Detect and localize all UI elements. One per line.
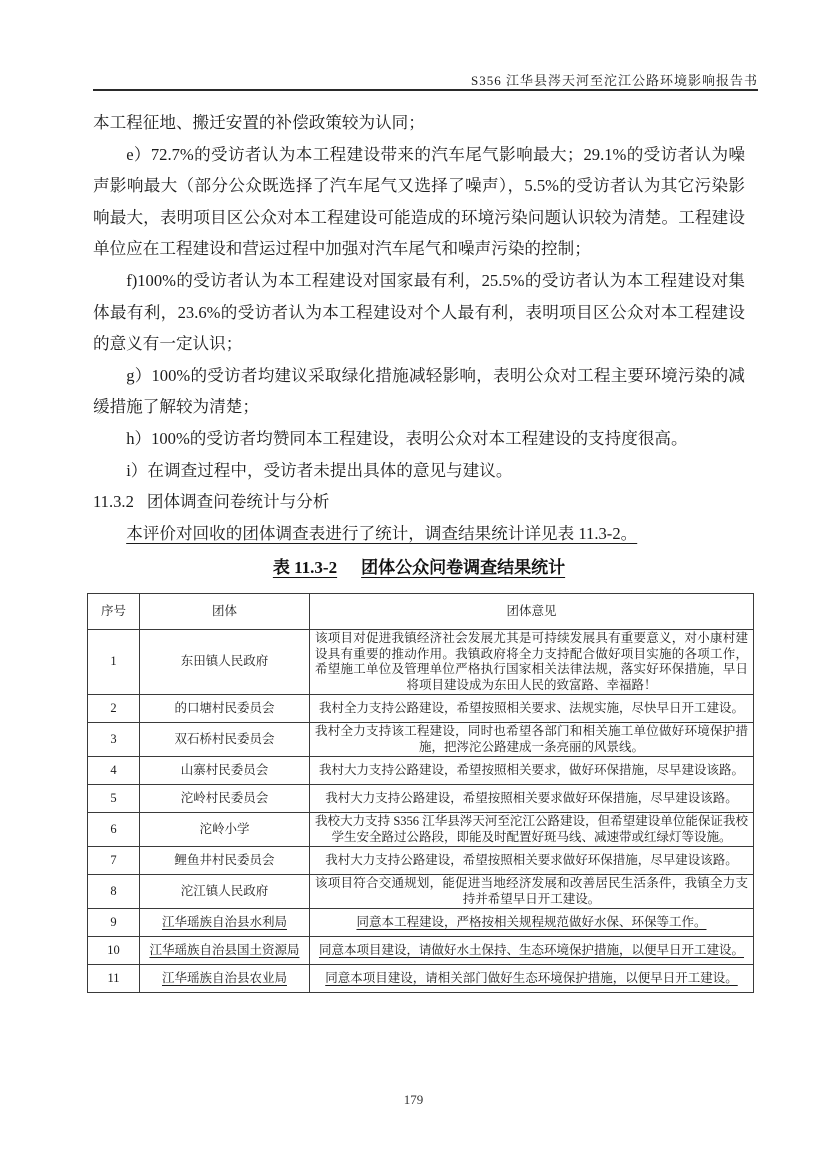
row-group: 双石桥村民委员会: [140, 723, 310, 757]
paragraph-g: g）100%的受访者均建议采取绿化措施减轻影响，表明公众对工程主要环境污染的减缓…: [93, 360, 745, 423]
row-no: 5: [88, 785, 140, 813]
running-header: S356 江华县涔天河至沱江公路环境影响报告书: [93, 70, 758, 89]
paragraph-i: i）在调查过程中，受访者未提出具体的意见与建议。: [93, 455, 745, 487]
row-opinion: 同意本工程建设，严格按相关规程规范做好水保、环保等工作。: [310, 909, 754, 937]
table-row: 9 江华瑶族自治县水利局 同意本工程建设，严格按相关规程规范做好水保、环保等工作…: [88, 909, 754, 937]
group-survey-table: 序号 团体 团体意见 1 东田镇人民政府 该项目对促进我镇经济社会发展尤其是可持…: [87, 593, 754, 993]
page-number: 179: [0, 1092, 827, 1108]
row-group: 鲤鱼井村民委员会: [140, 847, 310, 875]
row-no: 2: [88, 695, 140, 723]
table-row: 8 沱江镇人民政府 该项目符合交通规划，能促进当地经济发展和改善居民生活条件，我…: [88, 875, 754, 909]
row-group-text: 江华瑶族自治县农业局: [162, 971, 287, 985]
row-opinion: 同意本项目建设，请相关部门做好生态环境保护措施，以便早日开工建设。: [310, 965, 754, 993]
table-row: 5 沱岭村民委员会 我村大力支持公路建设，希望按照相关要求做好环保措施，尽早建设…: [88, 785, 754, 813]
table-row: 1 东田镇人民政府 该项目对促进我镇经济社会发展尤其是可持续发展具有重要意义，对…: [88, 630, 754, 695]
row-opinion: 我村大力支持公路建设，希望按照相关要求做好环保措施，尽早建设该路。: [310, 785, 754, 813]
row-opinion: 我村全力支持该工程建设，同时也希望各部门和相关施工单位做好环境保护措施，把涔沱公…: [310, 723, 754, 757]
row-no: 10: [88, 937, 140, 965]
row-group-text: 江华瑶族自治县国土资源局: [149, 943, 299, 957]
table-row: 11 江华瑶族自治县农业局 同意本项目建设，请相关部门做好生态环境保护措施，以便…: [88, 965, 754, 993]
row-no: 9: [88, 909, 140, 937]
column-header-opinion: 团体意见: [310, 594, 754, 630]
table-row: 6 沱岭小学 我校大力支持 S356 江华县涔天河至沱江公路建设，但希望建设单位…: [88, 813, 754, 847]
row-no: 1: [88, 630, 140, 695]
body-content: 本工程征地、搬迁安置的补偿政策较为认同； e）72.7%的受访者认为本工程建设带…: [93, 107, 745, 583]
table-row: 3 双石桥村民委员会 我村全力支持该工程建设，同时也希望各部门和相关施工单位做好…: [88, 723, 754, 757]
row-group: 东田镇人民政府: [140, 630, 310, 695]
row-group: 沱江镇人民政府: [140, 875, 310, 909]
row-opinion: 该项目对促进我镇经济社会发展尤其是可持续发展具有重要意义，对小康村建设具有重要的…: [310, 630, 754, 695]
section-title: 团体调查问卷统计与分析: [134, 492, 330, 511]
column-header-group: 团体: [140, 594, 310, 630]
row-group-text: 江华瑶族自治县水利局: [162, 915, 287, 929]
row-no: 8: [88, 875, 140, 909]
document-page: S356 江华县涔天河至沱江公路环境影响报告书 本工程征地、搬迁安置的补偿政策较…: [0, 0, 827, 1169]
table-row: 2 的口塘村民委员会 我村全力支持公路建设，希望按照相关要求、法规实施，尽快早日…: [88, 695, 754, 723]
table-caption-label: 表 11.3-2: [273, 558, 337, 577]
row-no: 4: [88, 757, 140, 785]
row-opinion: 我村大力支持公路建设，希望按照相关要求，做好环保措施，尽早建设该路。: [310, 757, 754, 785]
row-no: 3: [88, 723, 140, 757]
paragraph-stat: 本评价对回收的团体调查表进行了统计，调查结果统计详见表 11.3-2。: [93, 518, 745, 550]
row-opinion-text: 同意本项目建设，请做好水土保持、生态环境保护措施，以便早日开工建设。: [319, 943, 744, 957]
paragraph-h: h）100%的受访者均赞同本工程建设，表明公众对本工程建设的支持度很高。: [93, 423, 745, 455]
row-opinion: 同意本项目建设，请做好水土保持、生态环境保护措施，以便早日开工建设。: [310, 937, 754, 965]
paragraph-intro: 本工程征地、搬迁安置的补偿政策较为认同；: [93, 107, 745, 139]
row-group: 江华瑶族自治县国土资源局: [140, 937, 310, 965]
table-row: 7 鲤鱼井村民委员会 我村大力支持公路建设，希望按照相关要求做好环保措施，尽早建…: [88, 847, 754, 875]
header-rule: [93, 89, 758, 91]
section-number: 11.3.2: [93, 492, 134, 511]
table-caption: 表 11.3-2团体公众问卷调查结果统计: [93, 553, 745, 583]
row-opinion: 我校大力支持 S356 江华县涔天河至沱江公路建设，但希望建设单位能保证我校学生…: [310, 813, 754, 847]
table-caption-title: 团体公众问卷调查结果统计: [337, 558, 565, 577]
table-header-row: 序号 团体 团体意见: [88, 594, 754, 630]
row-opinion: 该项目符合交通规划，能促进当地经济发展和改善居民生活条件，我镇全力支持并希望早日…: [310, 875, 754, 909]
paragraph-f: f)100%的受访者认为本工程建设对国家最有利，25.5%的受访者认为本工程建设…: [93, 265, 745, 360]
row-no: 7: [88, 847, 140, 875]
table-row: 10 江华瑶族自治县国土资源局 同意本项目建设，请做好水土保持、生态环境保护措施…: [88, 937, 754, 965]
paragraph-e: e）72.7%的受访者认为本工程建设带来的汽车尾气影响最大；29.1%的受访者认…: [93, 139, 745, 265]
row-opinion-text: 同意本工程建设，严格按相关规程规范做好水保、环保等工作。: [356, 915, 706, 929]
row-no: 11: [88, 965, 140, 993]
section-heading: 11.3.2团体调查问卷统计与分析: [93, 486, 745, 518]
row-no: 6: [88, 813, 140, 847]
stat-sentence: 本评价对回收的团体调查表进行了统计，调查结果统计详见表 11.3-2。: [126, 524, 637, 543]
row-opinion: 我村大力支持公路建设，希望按照相关要求做好环保措施，尽早建设该路。: [310, 847, 754, 875]
row-group: 沱岭村民委员会: [140, 785, 310, 813]
table-row: 4 山寨村民委员会 我村大力支持公路建设，希望按照相关要求，做好环保措施，尽早建…: [88, 757, 754, 785]
row-opinion-text: 同意本项目建设，请相关部门做好生态环境保护措施，以便早日开工建设。: [325, 971, 738, 985]
row-group: 的口塘村民委员会: [140, 695, 310, 723]
row-group: 山寨村民委员会: [140, 757, 310, 785]
row-group: 沱岭小学: [140, 813, 310, 847]
row-group: 江华瑶族自治县水利局: [140, 909, 310, 937]
row-group: 江华瑶族自治县农业局: [140, 965, 310, 993]
row-opinion: 我村全力支持公路建设，希望按照相关要求、法规实施，尽快早日开工建设。: [310, 695, 754, 723]
column-header-no: 序号: [88, 594, 140, 630]
